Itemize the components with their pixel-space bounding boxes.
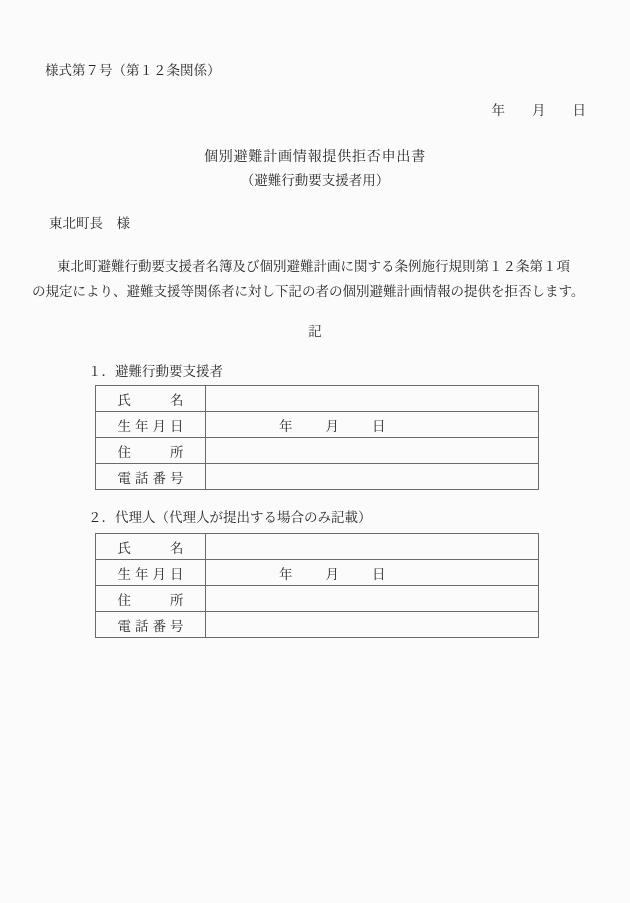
record-marker: 記: [0, 323, 630, 340]
section-2-heading: ２．代理人（代理人が提出する場合のみ記載）: [88, 509, 372, 526]
document-page: { "document": { "form_number": "様式第７号（第１…: [0, 0, 630, 903]
table-row: 住所: [96, 438, 539, 464]
document-subtitle: （避難行動要支援者用）: [0, 172, 630, 189]
field-label-name: 氏名: [118, 389, 184, 409]
date-line: 年 月 日: [492, 102, 587, 119]
body-line-2: の規定により、避難支援等関係者に対し下記の者の個別避難計画情報の提供を拒否します…: [32, 279, 598, 304]
field-value-phone: [206, 464, 539, 490]
field-value-address: [206, 586, 539, 612]
addressee-line: 東北町長 様: [49, 215, 130, 232]
field-label-address: 住所: [118, 441, 184, 461]
table-row: 氏名: [96, 534, 539, 560]
table-row: 電話番号: [96, 612, 539, 638]
field-label-phone: 電話番号: [118, 467, 184, 487]
table-row: 電話番号: [96, 464, 539, 490]
table-row: 住所: [96, 586, 539, 612]
field-value-phone: [206, 612, 539, 638]
field-value-name: [206, 534, 539, 560]
field-value-address: [206, 438, 539, 464]
field-label-phone: 電話番号: [118, 615, 184, 635]
body-paragraph: 東北町避難行動要支援者名簿及び個別避難計画に関する条例施行規則第１２条第１項 の…: [32, 254, 598, 304]
section-1-heading: １．避難行動要支援者: [88, 363, 223, 380]
field-label-birthdate: 生年月日: [118, 415, 184, 435]
table-row: 氏名: [96, 386, 539, 412]
person-table: 氏名 生年月日 年 月 日 住所 電話番号: [95, 385, 539, 490]
field-value-birthdate: 年 月 日: [206, 563, 388, 583]
document-title: 個別避難計画情報提供拒否申出書: [0, 149, 630, 167]
field-value-birthdate: 年 月 日: [206, 415, 388, 435]
agent-table: 氏名 生年月日 年 月 日 住所 電話番号: [95, 533, 539, 638]
table-row: 生年月日 年 月 日: [96, 560, 539, 586]
field-label-birthdate: 生年月日: [118, 563, 184, 583]
form-number: 様式第７号（第１２条関係）: [45, 62, 221, 79]
field-value-name: [206, 386, 539, 412]
field-label-name: 氏名: [118, 537, 184, 557]
field-label-address: 住所: [118, 589, 184, 609]
body-line-1: 東北町避難行動要支援者名簿及び個別避難計画に関する条例施行規則第１２条第１項: [32, 254, 598, 279]
table-row: 生年月日 年 月 日: [96, 412, 539, 438]
